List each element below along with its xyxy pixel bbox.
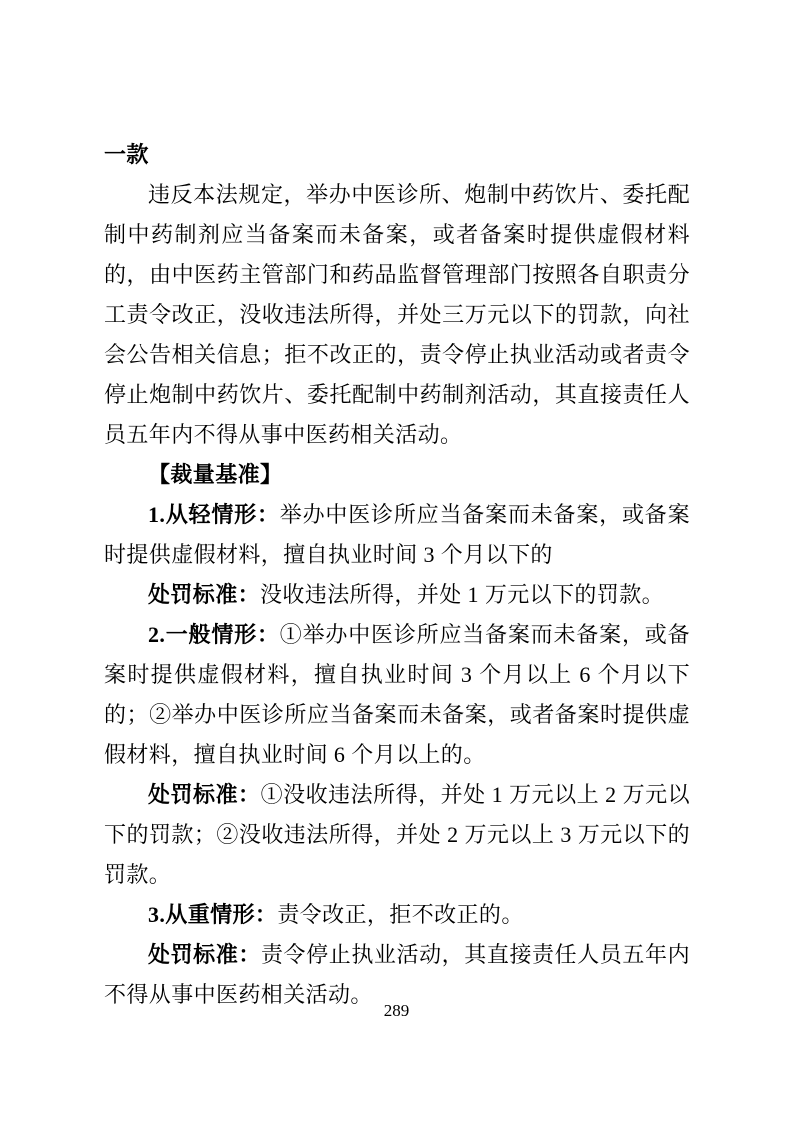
clause-body-paragraph: 违反本法规定，举办中医诊所、炮制中药饮片、委托配制中药制剂应当备案而未备案，或者… xyxy=(104,175,690,455)
page-number: 289 xyxy=(0,1000,793,1022)
item-label: 2.一般情形： xyxy=(148,622,280,647)
item-label: 1.从轻情形： xyxy=(148,502,280,527)
document-content: 一款 违反本法规定，举办中医诊所、炮制中药饮片、委托配制中药制剂应当备案而未备案… xyxy=(104,135,690,1015)
item-label: 处罚标准： xyxy=(148,942,261,967)
item-paragraph-lenient: 1.从轻情形：举办中医诊所应当备案而未备案，或备案时提供虚假材料，擅自执业时间 … xyxy=(104,495,690,575)
item-label: 处罚标准： xyxy=(148,782,261,807)
item-paragraph-general: 2.一般情形：①举办中医诊所应当备案而未备案，或备案时提供虚假材料，擅自执业时间… xyxy=(104,615,690,775)
discretion-benchmark-heading: 【裁量基准】 xyxy=(104,455,690,495)
item-paragraph-penalty-2: 处罚标准：①没收违法所得，并处 1 万元以上 2 万元以下的罚款；②没收违法所得… xyxy=(104,775,690,895)
clause-heading: 一款 xyxy=(104,135,690,175)
item-paragraph-penalty-1: 处罚标准：没收违法所得，并处 1 万元以下的罚款。 xyxy=(104,575,690,615)
document-page: 一款 违反本法规定，举办中医诊所、炮制中药饮片、委托配制中药制剂应当备案而未备案… xyxy=(0,0,793,1122)
item-label: 3.从重情形： xyxy=(148,902,277,927)
item-paragraph-severe: 3.从重情形：责令改正，拒不改正的。 xyxy=(104,895,690,935)
item-label: 处罚标准： xyxy=(148,582,260,607)
item-text: 责令改正，拒不改正的。 xyxy=(277,902,523,927)
item-text: 没收违法所得，并处 1 万元以下的罚款。 xyxy=(260,582,664,607)
